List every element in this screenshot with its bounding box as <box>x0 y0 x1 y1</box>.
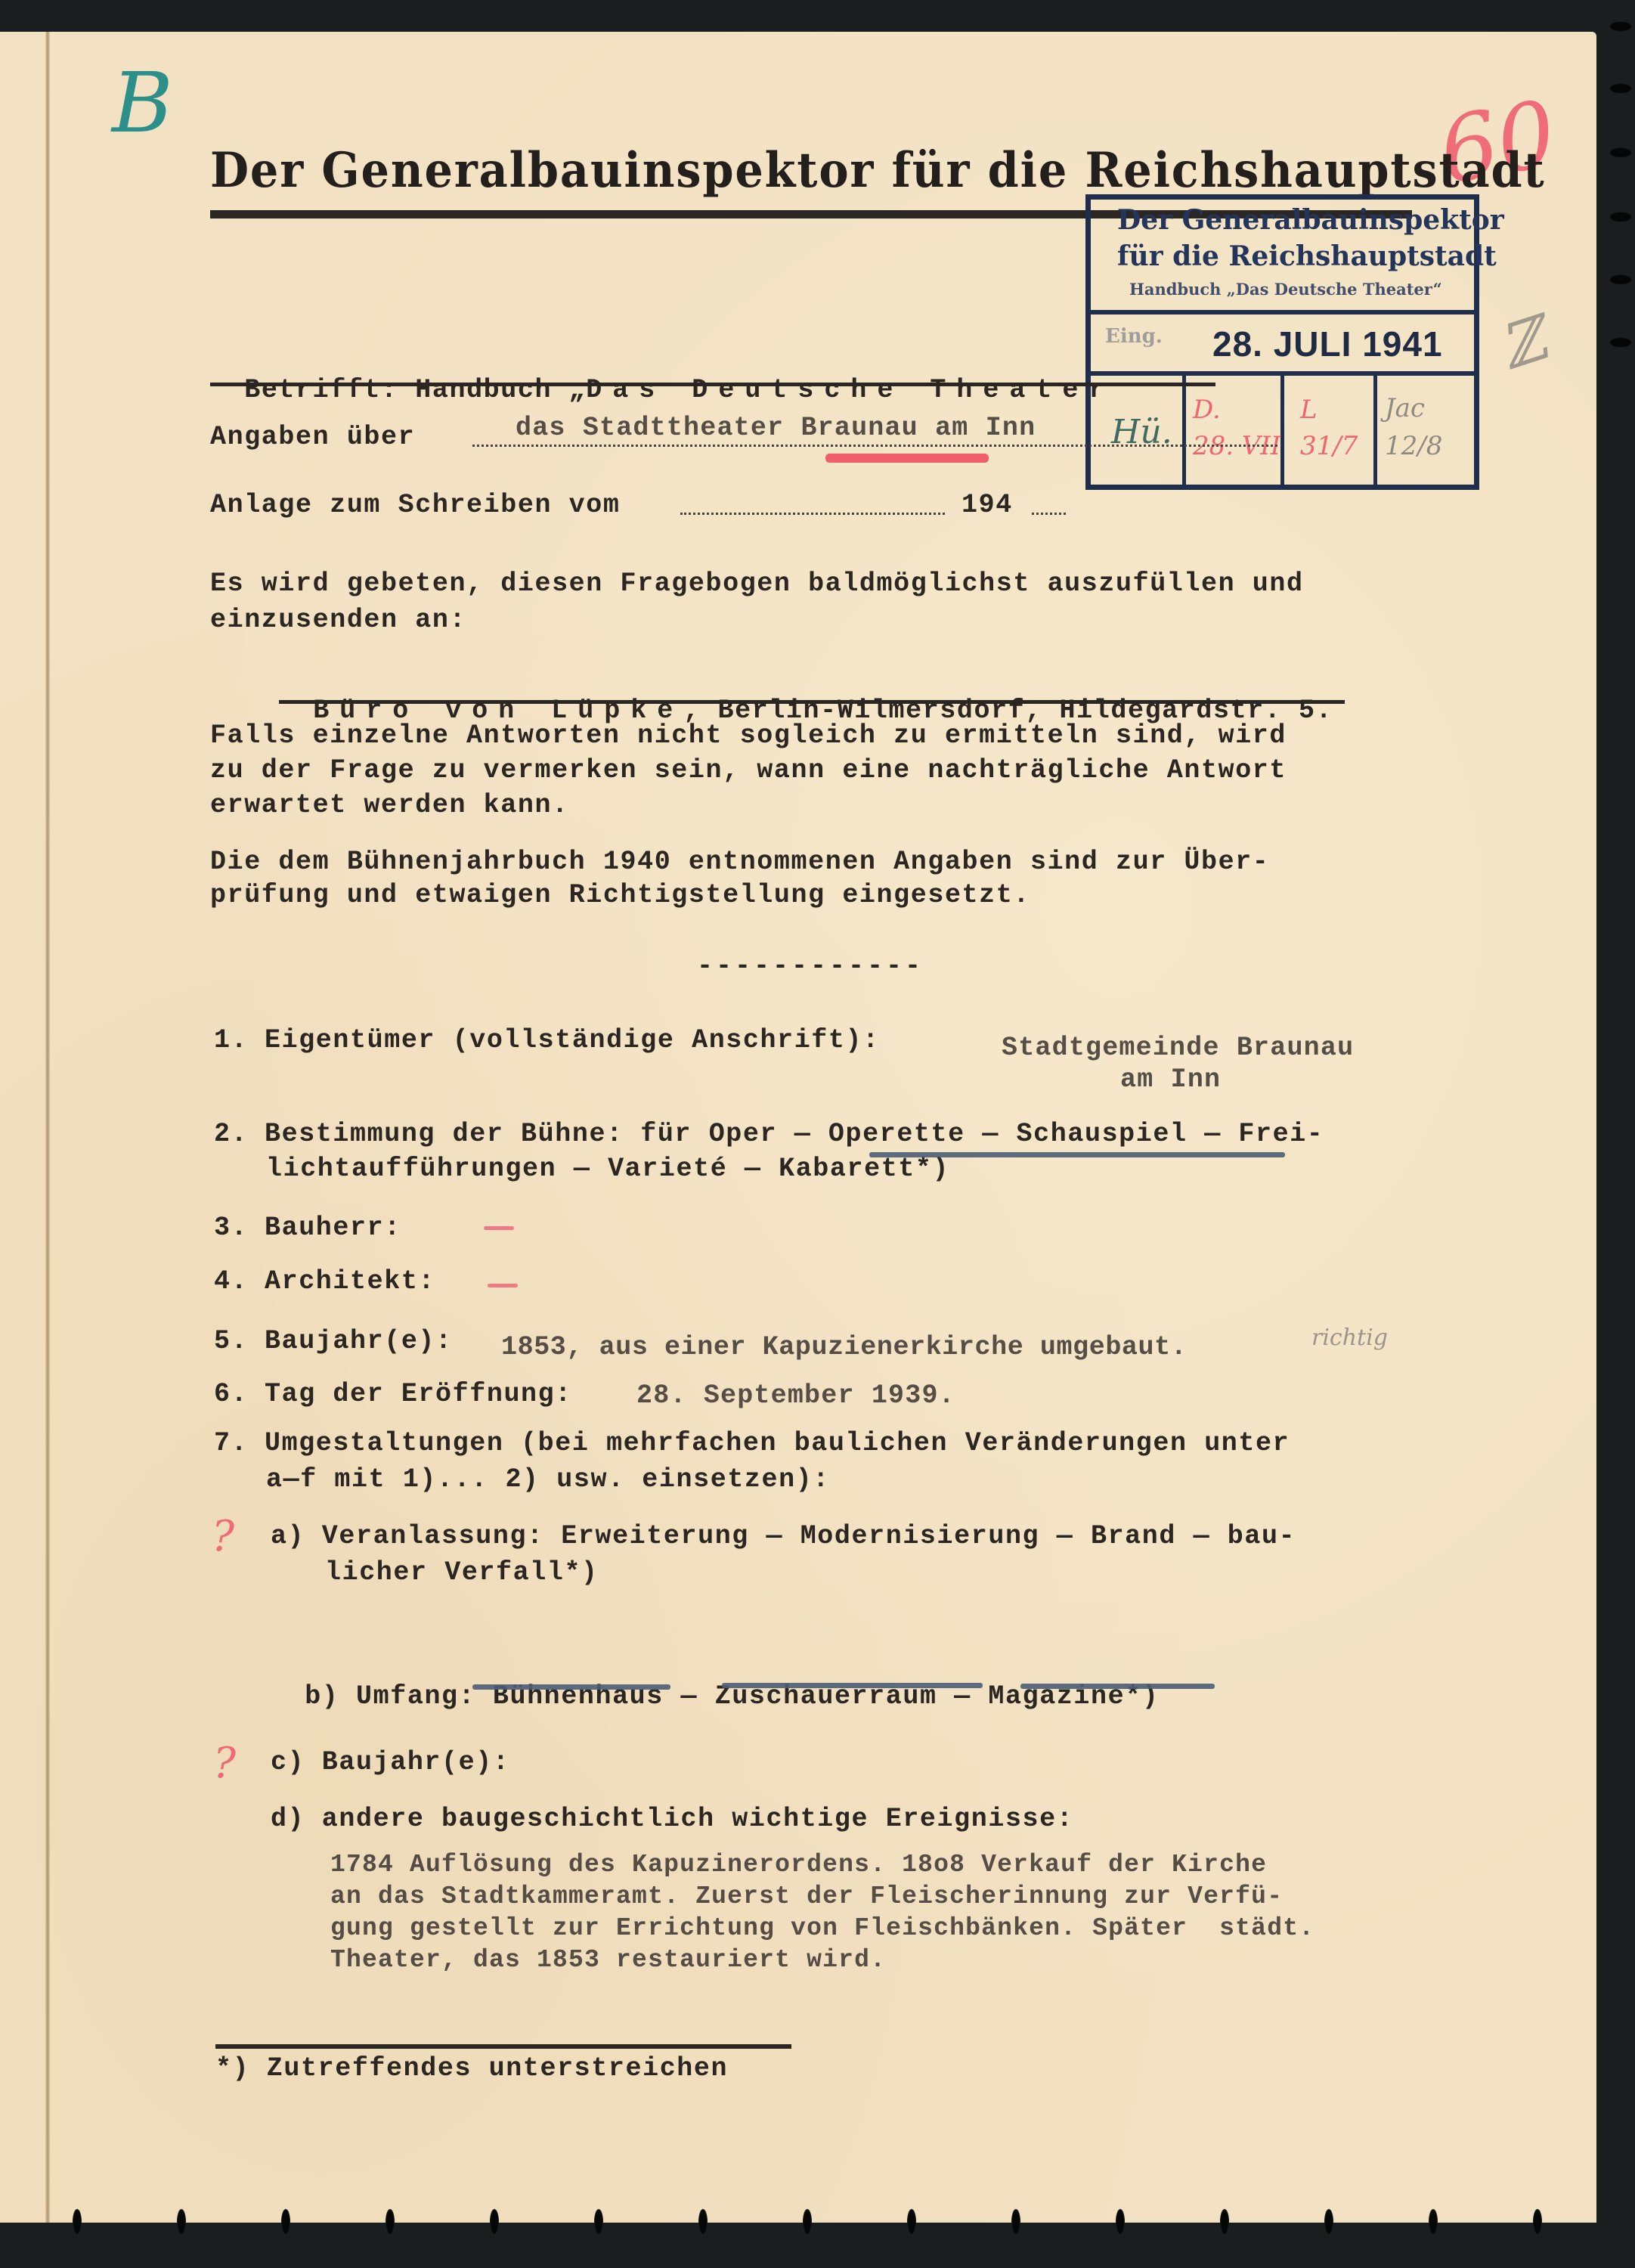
question-6-answer[interactable]: 28. September 1939. <box>636 1380 955 1411</box>
letterhead-title: Der Generalbauinspektor für die Reichsha… <box>210 142 1546 199</box>
subject-underline <box>210 383 1215 386</box>
pencil-annotation-richtig: richtig <box>1311 1325 1388 1351</box>
anlage-label: Anlage zum Schreiben vom <box>210 490 620 520</box>
subquestion-a-label-cont: licher Verfall*) <box>325 1557 599 1588</box>
stamp-cell-initials-3: L 31/7 <box>1300 392 1358 464</box>
send-to-address: Büro von Lüpke, Berlin-Wilmersdorf, Hild… <box>279 665 1333 726</box>
stamp-line-3: Handbuch „Das Deutsche Theater“ <box>1129 280 1442 299</box>
subject-prefix: Betrifft: Handbuch „ <box>244 375 586 405</box>
binding-fold <box>45 32 50 2223</box>
question-2-number: 2. <box>214 1119 248 1149</box>
question-4-number: 4. <box>214 1266 248 1297</box>
angaben-dotted-line <box>472 445 1277 447</box>
stamp-cell-line <box>1182 371 1186 485</box>
question-7-number: 7. <box>214 1428 248 1458</box>
question-2-label-cont: lichtaufführungen — Varieté — Kabarett*) <box>266 1154 949 1184</box>
stamp-cell-line <box>1280 371 1284 485</box>
stamp-cell-initials-4: Jac 12/8 <box>1385 389 1442 465</box>
anlage-dotted-line-end <box>1032 513 1066 515</box>
question-1-number: 1. <box>214 1025 248 1055</box>
angaben-value[interactable]: das Stadttheater Braunau am Inn <box>516 413 1036 443</box>
subquestion-c-label: c) Baujahr(e): <box>271 1747 509 1777</box>
question-3-answer-dash <box>484 1226 514 1230</box>
instruction-line: Es wird gebeten, diesen Fragebogen baldm… <box>210 569 1304 599</box>
question-5-label: Baujahr(e): <box>265 1326 453 1356</box>
anlage-dotted-line <box>680 513 945 515</box>
blue-underline-magazine <box>1020 1684 1215 1689</box>
stamp-cell-line <box>1373 371 1377 485</box>
subquestion-b: b) Umfang: Bühnenhaus — Zuschauerraum — … <box>271 1651 1159 1712</box>
address-underline <box>279 700 1345 704</box>
instruction-line: Falls einzelne Antworten nicht sogleich … <box>210 720 1287 751</box>
instruction-line: Die dem Bühnenjahrbuch 1940 entnommenen … <box>210 847 1269 877</box>
section-separator: ------------ <box>697 951 924 981</box>
subquestion-d-answer-line[interactable]: an das Stadtkammeramt. Zuerst der Fleisc… <box>330 1882 1283 1910</box>
question-3-number: 3. <box>214 1213 248 1243</box>
instruction-line: einzusenden an: <box>210 605 466 635</box>
subject-value: Das Deutsche Theater <box>586 375 1115 405</box>
instruction-line: erwartet werden kann. <box>210 790 569 820</box>
question-2-label: Bestimmung der Bühne: für Oper — Operett… <box>265 1119 1324 1149</box>
red-underline-braunau <box>825 454 989 463</box>
stamp-date: 28. JULI 1941 <box>1212 324 1443 364</box>
question-mark-7a: ? <box>212 1512 234 1561</box>
anlage-year: 194 <box>961 490 1013 520</box>
footnote-rule <box>215 2044 791 2049</box>
stamp-divider <box>1085 310 1479 314</box>
question-4-label: Architekt: <box>265 1266 435 1297</box>
question-1-label: Eigentümer (vollständige Anschrift): <box>265 1025 880 1055</box>
stamp-cell-initials-2: D. 28. VII <box>1193 392 1280 464</box>
question-4-answer-dash <box>488 1284 518 1287</box>
question-5-answer[interactable]: 1853, aus einer Kapuzienerkirche umgebau… <box>501 1332 1187 1362</box>
instruction-line: prüfung und etwaigen Richtigstellung ein… <box>210 880 1030 910</box>
question-6-label: Tag der Eröffnung: <box>265 1379 572 1409</box>
question-6-number: 6. <box>214 1379 248 1409</box>
subquestion-d-answer-line[interactable]: Theater, das 1853 restauriert wird. <box>330 1946 886 1974</box>
question-5-number: 5. <box>214 1326 248 1356</box>
question-7-label-cont: a—f mit 1)... 2) usw. einsetzen): <box>266 1464 830 1495</box>
blue-underline-zuschauerraum <box>722 1683 983 1688</box>
subquestion-b-prefix: b) Umfang: <box>305 1681 493 1712</box>
angaben-label: Angaben über <box>210 422 415 452</box>
subquestion-a-label: a) Veranlassung: Erweiterung — Modernisi… <box>271 1521 1296 1551</box>
question-3-label: Bauherr: <box>265 1213 401 1243</box>
question-7-label: Umgestaltungen (bei mehrfachen baulichen… <box>265 1428 1290 1458</box>
question-mark-7c: ? <box>213 1739 236 1788</box>
blue-underline-operette-schauspiel <box>869 1152 1285 1157</box>
instruction-line: zu der Frage zu vermerken sein, wann ein… <box>210 755 1287 785</box>
subquestion-d-label: d) andere baugeschichtlich wichtige Erei… <box>271 1804 1073 1834</box>
question-1-answer-cont[interactable]: am Inn <box>1120 1064 1221 1095</box>
footnote-text: *) Zutreffendes unterstreichen <box>215 2053 728 2084</box>
blue-underline-buehnenhaus <box>472 1684 670 1690</box>
option-separator: — <box>664 1681 715 1712</box>
question-1-answer[interactable]: Stadtgemeinde Braunau <box>1002 1033 1354 1063</box>
subject-label: Betrifft: Handbuch „Das Deutsche Theater <box>210 345 1115 405</box>
corner-letter-annotation: B <box>112 54 173 151</box>
subquestion-d-answer-line[interactable]: 1784 Auflösung des Kapuzinerordens. 18o8… <box>330 1851 1267 1879</box>
subquestion-d-answer-line[interactable]: gung gestellt zur Errichtung von Fleisch… <box>330 1914 1315 1942</box>
stamp-line-2: für die Reichshauptstadt <box>1117 240 1497 272</box>
stamp-line-1: Der Generalbauinspektor <box>1117 204 1504 236</box>
